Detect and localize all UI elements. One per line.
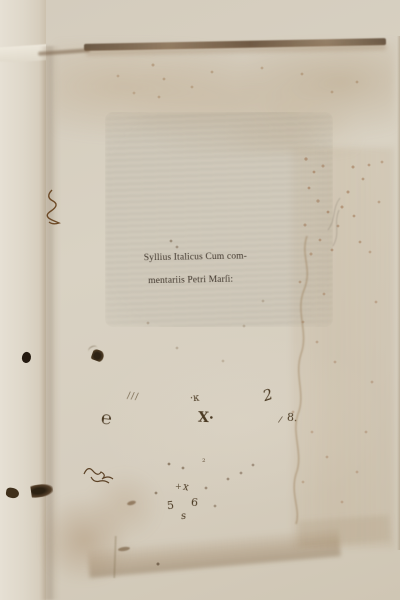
ink-mark-e: ℮ (100, 407, 113, 429)
ink-mark-eight: 8. (287, 411, 298, 425)
ink-mark-plus: + (175, 482, 182, 491)
page-highlight (60, 330, 390, 530)
book: Syllius Italicus Cum com- mentariis Petr… (0, 0, 400, 600)
ink-mark-hatches: /// (126, 391, 139, 403)
ink-mark-six: 6 (190, 496, 198, 510)
printed-title: Syllius Italicus Cum com- mentariis Petr… (144, 251, 285, 287)
title-line-1: Syllius Italicus Cum com- (144, 251, 284, 264)
foxing-spots (0, 0, 2, 2)
photo-of-antique-book: Syllius Italicus Cum com- mentariis Petr… (0, 0, 400, 600)
ink-mark-k: ·ĸ (189, 393, 199, 405)
ink-mark-tiny-two: ² (202, 458, 206, 468)
ink-mark-x: X· (198, 410, 215, 427)
ink-mark-five: 5 (166, 499, 174, 513)
